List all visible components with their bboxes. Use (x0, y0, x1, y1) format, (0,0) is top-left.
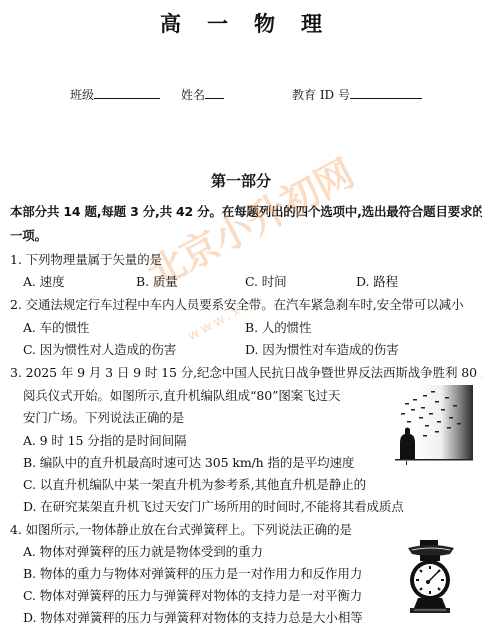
platform-spring-scale (406, 540, 456, 616)
section-title: 第一部分 (0, 170, 482, 191)
question-3-stem-line1: 3. 2025 年 9 月 3 日 9 时 15 分,纪念中国人民抗日战争暨世界… (10, 363, 482, 381)
id-blank[interactable] (350, 86, 422, 99)
question-4-stem: 4. 如图所示,一物体静止放在台式弹簧秤上。下列说法正确的是 (10, 520, 352, 538)
name-field: 姓名 (181, 86, 224, 103)
title-char: 理 (301, 8, 322, 38)
question-3-stem-line2: 阅兵仪式开始。如图所示,直升机编队组成“80”图案飞过天 (23, 386, 340, 404)
q2-option-d[interactable]: D. 因为惯性对车造成的伤害 (245, 340, 399, 358)
q3-option-a[interactable]: A. 9 时 15 分指的是时间间隔 (23, 431, 186, 449)
q2-option-a[interactable]: A. 车的惯性 (23, 318, 89, 336)
q2-option-b[interactable]: B. 人的惯性 (245, 318, 311, 336)
title-char: 物 (254, 8, 275, 38)
id-label: 教育 ID 号 (292, 88, 350, 102)
section-intro-line2: 一项。 (10, 226, 47, 244)
section-intro-line1: 本部分共 14 题,每题 3 分,共 42 分。在每题列出的四个选项中,选出最符… (10, 202, 482, 220)
question-2-stem: 2. 交通法规定行车过程中车内人员要系安全带。在汽车紧急刹车时,安全带可以减小 (10, 295, 463, 313)
q3-option-b[interactable]: B. 编队中的直升机最高时速可达 305 km/h 指的是平均速度 (23, 453, 354, 471)
q2-option-c[interactable]: C. 因为惯性对人造成的伤害 (23, 340, 176, 358)
question-3-stem-line3: 安门广场。下列说法正确的是 (23, 408, 184, 426)
q3-option-c[interactable]: C. 以直升机编队中某一架直升机为参考系,其他直升机是静止的 (23, 475, 366, 493)
class-blank[interactable] (94, 86, 160, 99)
id-field: 教育 ID 号 (292, 86, 422, 103)
name-blank[interactable] (205, 86, 224, 99)
name-label: 姓名 (181, 88, 205, 102)
page-title: 高一物理 (0, 8, 482, 38)
class-label: 班级 (70, 88, 94, 102)
q1-option-d[interactable]: D. 路程 (356, 272, 398, 290)
class-field: 班级 (70, 86, 160, 103)
helicopter-formation-photo (395, 385, 473, 465)
q4-option-d[interactable]: D. 物体对弹簧秤的压力与弹簧秤对物体的支持力总是大小相等 (23, 608, 363, 626)
title-char: 一 (207, 8, 228, 38)
question-1-stem: 1. 下列物理量属于矢量的是 (10, 250, 162, 268)
q1-option-b[interactable]: B. 质量 (136, 272, 178, 290)
q4-option-c[interactable]: C. 物体对弹簧秤的压力与弹簧秤对物体的支持力是一对平衡力 (23, 586, 362, 604)
q1-option-c[interactable]: C. 时间 (245, 272, 287, 290)
q3-option-d[interactable]: D. 在研究某架直升机飞过天安门广场所用的时间时,不能将其看成质点 (23, 497, 404, 515)
q4-option-b[interactable]: B. 物体的重力与物体对弹簧秤的压力是一对作用力和反作用力 (23, 564, 362, 582)
title-char: 高 (160, 8, 181, 38)
q4-option-a[interactable]: A. 物体对弹簧秤的压力就是物体受到的重力 (23, 542, 263, 560)
q1-option-a[interactable]: A. 速度 (23, 272, 64, 290)
